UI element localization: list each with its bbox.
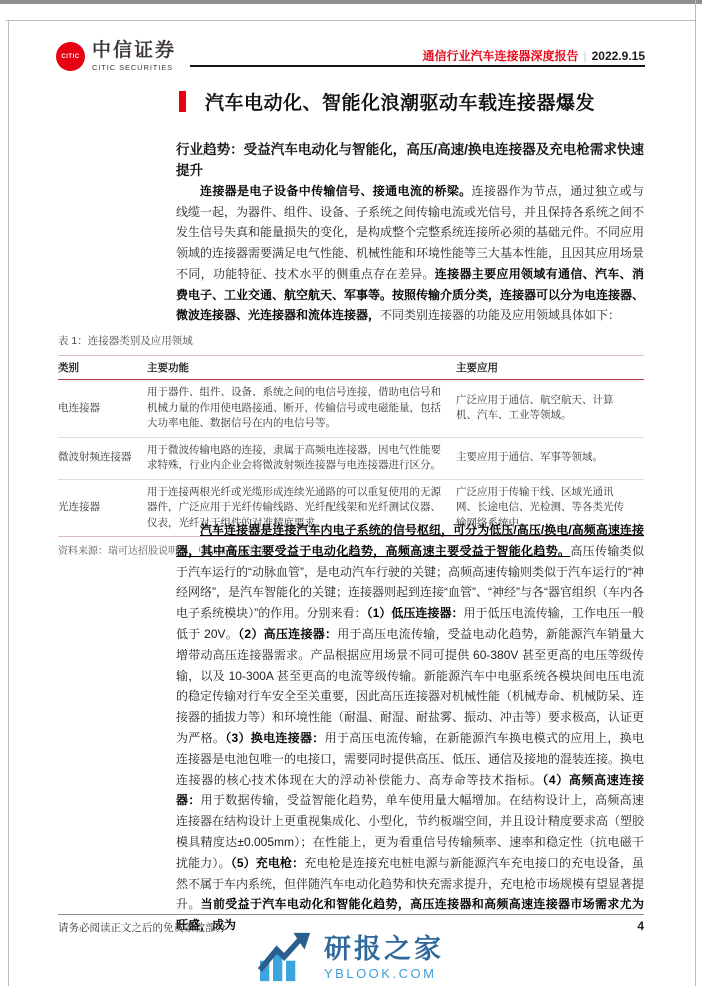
column-header-function: 主要功能 <box>147 356 456 380</box>
watermark: 研报之家 YBLOOK.COM <box>0 931 702 983</box>
cell-application: 主要应用于通信、军事等领域。 <box>456 437 644 479</box>
intro-paragraph: 连接器是电子设备中传输信号、接通电流的桥梁。连接器作为节点，通过独立或与线缆一起… <box>176 181 644 326</box>
report-page: CITIC 中信证券 CITIC SECURITIES 通信行业汽车连接器深度报… <box>0 0 702 991</box>
table-caption: 表 1：连接器类别及应用领域 <box>58 333 644 348</box>
table-row: 电连接器 用于器件、组件、设备、系统之间的电信号连接，借助电信号和机械力量的作用… <box>58 380 644 438</box>
column-header-application: 主要应用 <box>456 356 644 380</box>
cell-function: 用于微波传输电路的连接，隶属于高频电连接器，因电气性能要求特殊，行业内企业会将微… <box>147 437 456 479</box>
table-row: 微波射频连接器 用于微波传输电路的连接，隶属于高频电连接器，因电气性能要求特殊，… <box>58 437 644 479</box>
cell-category: 微波射频连接器 <box>58 437 147 479</box>
red-bar-icon <box>179 91 186 112</box>
cell-function: 用于器件、组件、设备、系统之间的电信号连接，借助电信号和机械力量的作用使电路接通… <box>147 380 456 438</box>
section-title: 汽车电动化、智能化浪潮驱动车载连接器爆发 <box>179 88 595 115</box>
header-rule <box>190 65 645 67</box>
cell-application: 广泛应用于通信、航空航天、计算机、汽车、工业等领域。 <box>456 380 644 438</box>
report-date: 2022.9.15 <box>592 49 645 63</box>
cell-category: 光连接器 <box>58 479 147 537</box>
bar-chart-arrow-icon <box>258 931 314 983</box>
brand-name-en: CITIC SECURITIES <box>92 63 176 72</box>
cell-category: 电连接器 <box>58 380 147 438</box>
watermark-name: 研报之家 <box>324 934 444 964</box>
page-border-left <box>8 20 9 986</box>
auto-connector-paragraph: 汽车连接器是连接汽车内电子系统的信号枢纽，可分为低压/高压/换电/高频高速连接器… <box>176 520 644 936</box>
industry-trend-subtitle: 行业趋势：受益汽车电动化与智能化，高压/高速/换电连接器及充电枪需求快速提升 <box>176 139 644 181</box>
citic-logo: CITIC 中信证券 CITIC SECURITIES <box>56 40 176 72</box>
header-separator: | <box>578 49 591 63</box>
brand-text: 中信证券 CITIC SECURITIES <box>92 40 176 72</box>
footer-rule <box>58 914 644 915</box>
section-title-text: 汽车电动化、智能化浪潮驱动车载连接器爆发 <box>205 88 595 115</box>
column-header-category: 类别 <box>58 356 147 380</box>
page-border-top <box>6 20 696 21</box>
table-header-row: 类别 主要功能 主要应用 <box>58 356 644 380</box>
connector-category-table: 类别 主要功能 主要应用 电连接器 用于器件、组件、设备、系统之间的电信号连接，… <box>58 355 644 537</box>
report-series-title: 通信行业汽车连接器深度报告 <box>422 49 578 63</box>
brand-name-cn: 中信证券 <box>92 40 176 62</box>
page-border-bottom <box>0 0 702 4</box>
page-border-right <box>695 0 696 986</box>
header-report-info: 通信行业汽车连接器深度报告|2022.9.15 <box>422 47 645 64</box>
watermark-site: YBLOOK.COM <box>324 966 444 981</box>
watermark-text: 研报之家 YBLOOK.COM <box>324 934 444 981</box>
citic-emblem-icon: CITIC <box>56 42 85 71</box>
